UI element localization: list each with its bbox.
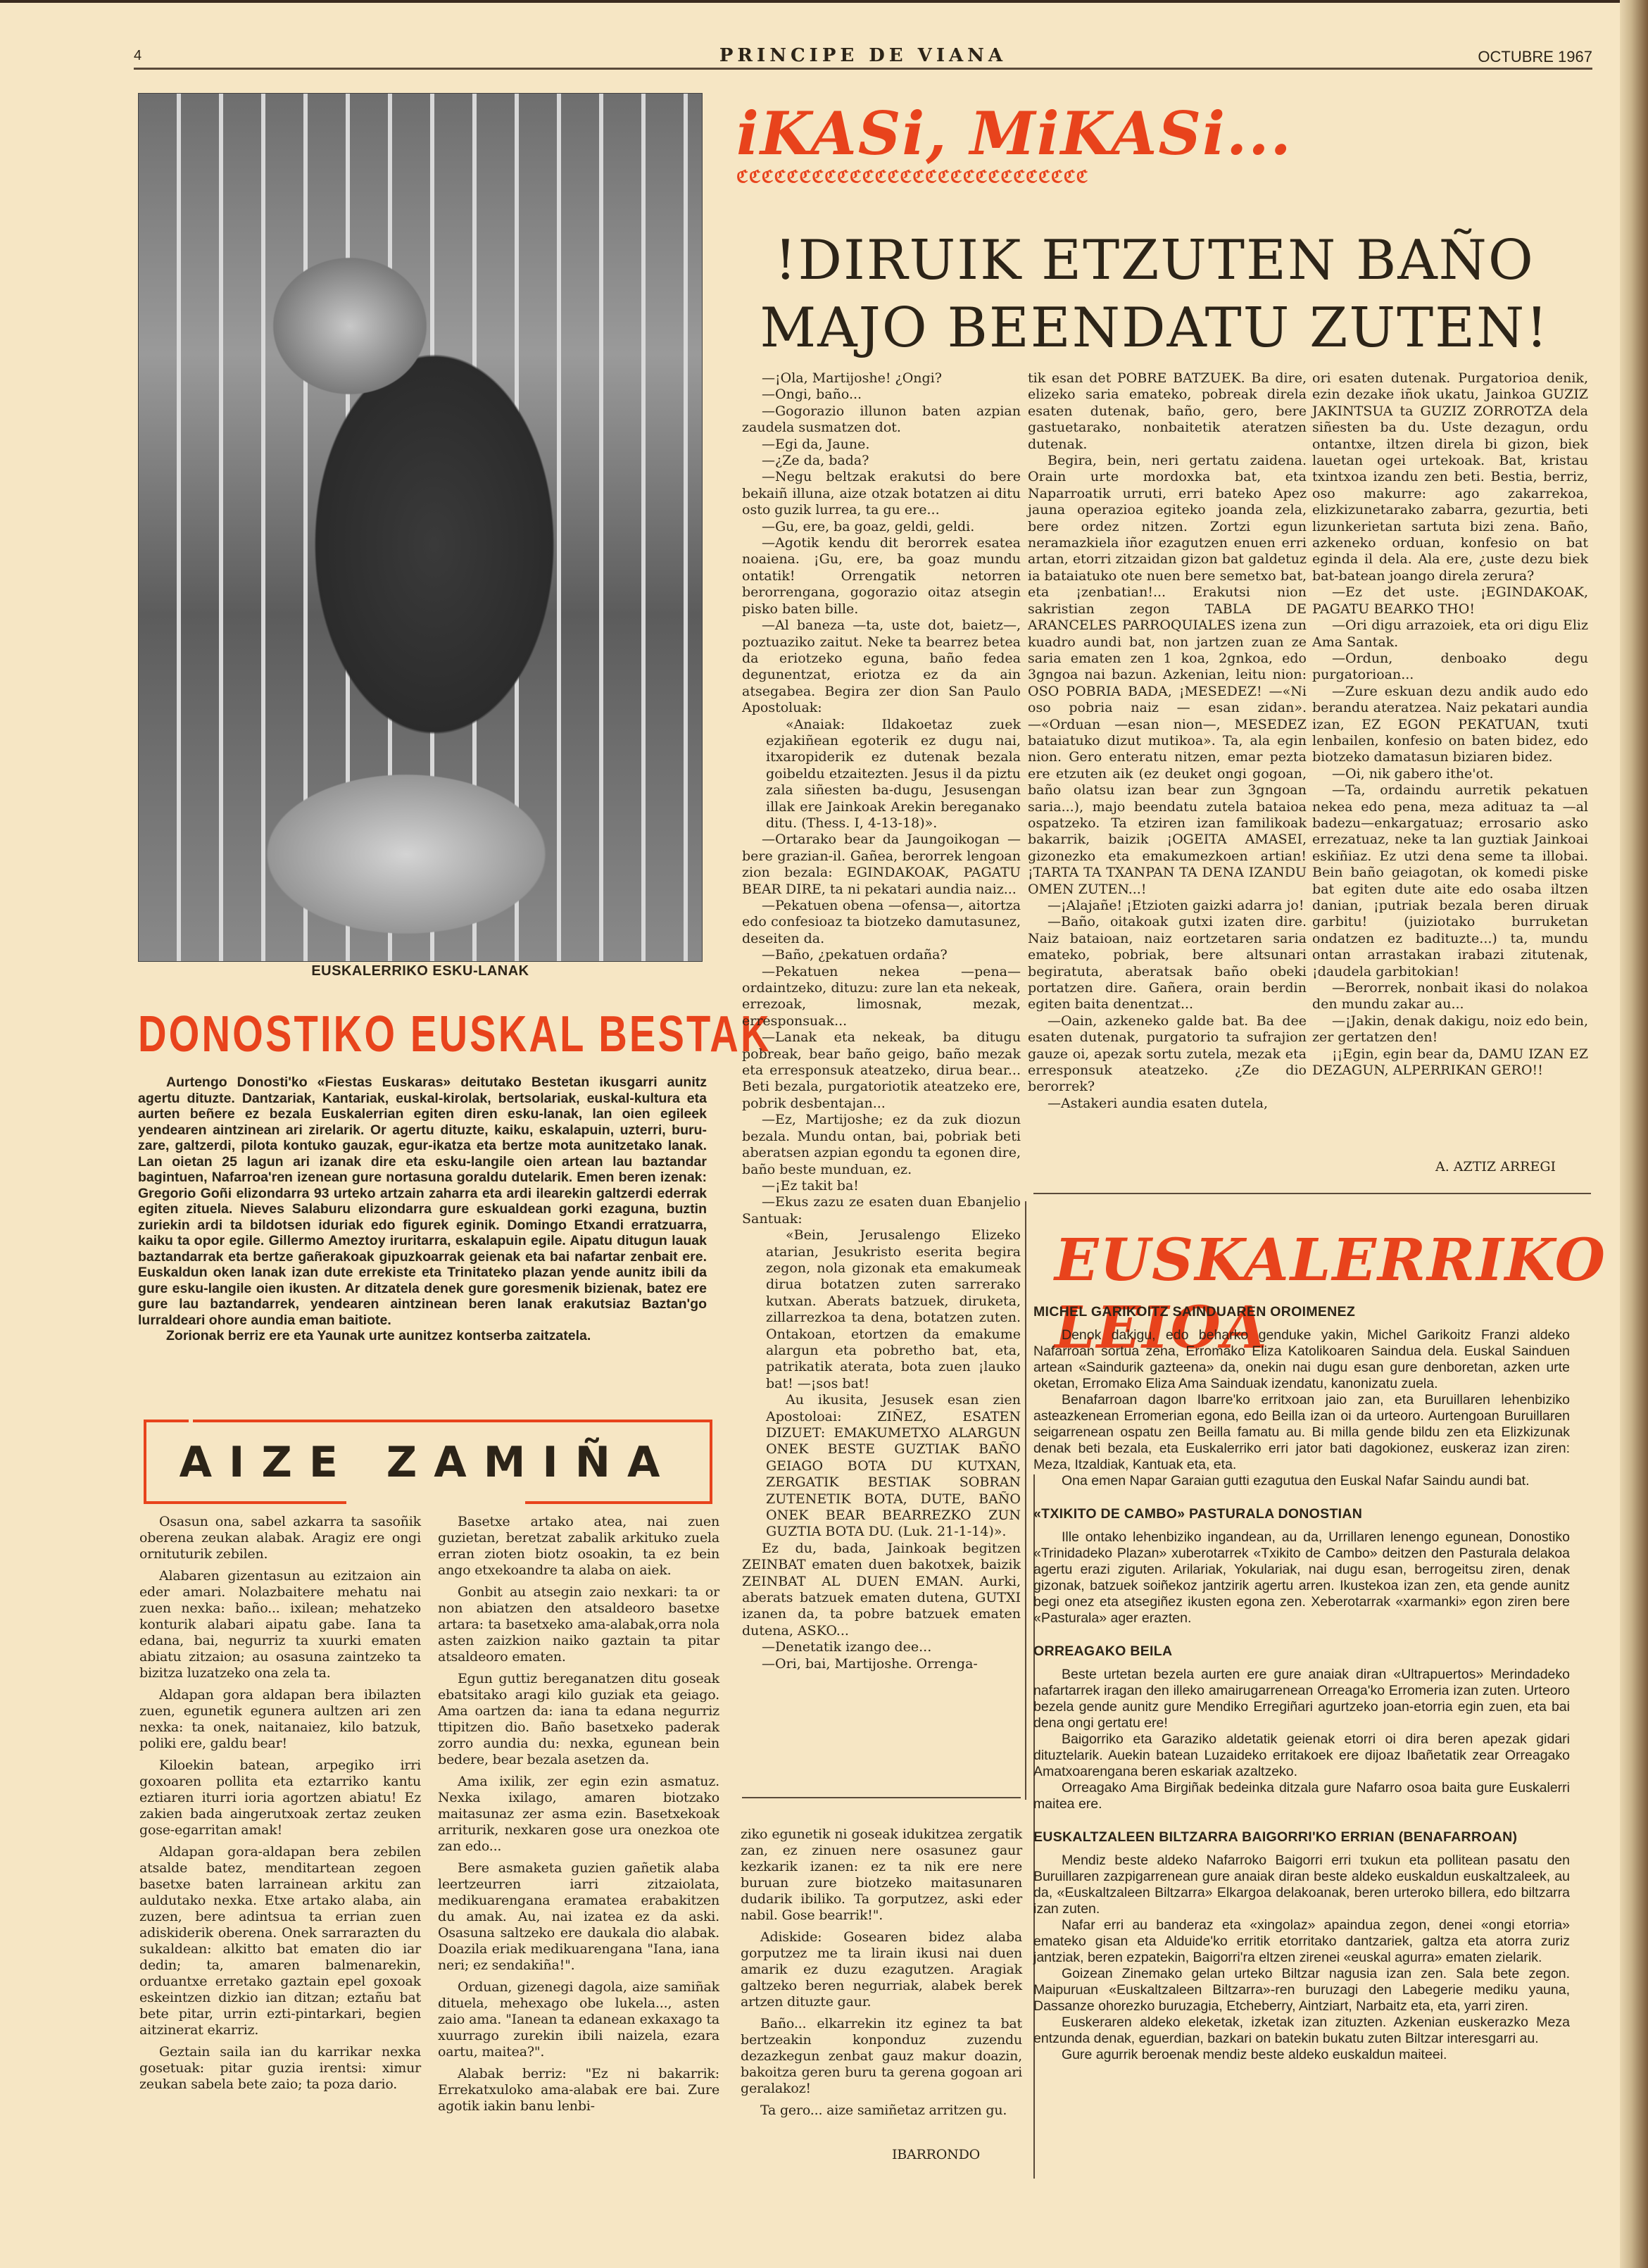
scan-top-edge	[0, 0, 1648, 3]
aize-paragraph: Alabaren gizentasun au ezitzaion ain ede…	[139, 1568, 421, 1681]
aize-paragraph: Aldapan gora-aldapan bera zebilen atsald…	[139, 1844, 421, 2038]
news-item-heading: MICHEL GARIKOITZ SAINDUAREN OROIMENEZ	[1033, 1304, 1570, 1320]
aize-paragraph: Alabak berriz: "Ez ni bakarrik: Errekatx…	[438, 2066, 719, 2114]
ikasi-mikasi-section-title: iKASi, MiKASi...	[736, 99, 1292, 168]
news-item-paragraph: Goizean Zinemako gelan urteko Biltzar na…	[1033, 1966, 1570, 2015]
dialogue-paragraph: —Ordun, denboako degu purgatorioan...	[1312, 651, 1588, 684]
dialogue-paragraph: tik esan det POBRE BATZUEK. Ba dire, eli…	[1028, 370, 1307, 453]
leioa-news-item: MICHEL GARIKOITZ SAINDUAREN OROIMENEZDen…	[1033, 1304, 1570, 1489]
dialogue-paragraph: —¡Jakin, denak dakigu, noiz edo bein, ze…	[1312, 1013, 1588, 1046]
dialogue-paragraph: —Ta, ordaindu aurretik pekatuen nekea ed…	[1312, 782, 1588, 980]
masthead: 4 PRINCIPE DE VIANA OCTUBRE 1967	[134, 42, 1592, 70]
news-item-heading: «TXIKITO DE CAMBO» PASTURALA DONOSTIAN	[1033, 1506, 1570, 1522]
ikasi-column-1: —¡Ola, Martijoshe! ¿Ongi?—Ongi, baño...—…	[742, 370, 1021, 1672]
news-item-paragraph: Orreagako Ama Birgiñak bedeinka ditzala …	[1033, 1780, 1570, 1812]
news-item-paragraph: Nafar erri au banderaz eta «xingolaz» ap…	[1033, 1917, 1570, 1966]
ikasi-signature: A. AZTIZ ARREGI	[1312, 1159, 1588, 1175]
aize-paragraph: Gonbit au atsegin zaio nexkari: ta or no…	[438, 1584, 719, 1665]
dialogue-paragraph: —Lanak eta nekeak, ba ditugu pobreak, be…	[742, 1029, 1021, 1112]
dialogue-paragraph: —Ongi, baño...	[742, 387, 1021, 403]
dialogue-paragraph: —Baño, ¿pekatuen ordaña?	[742, 947, 1021, 963]
dialogue-paragraph: Begira, bein, neri gertatu zaidena. Orai…	[1028, 453, 1307, 898]
donostiko-paragraph: Aurtengo Donosti'ko «Fiestas Euskaras» d…	[138, 1075, 707, 1328]
dialogue-paragraph: Au ikusita, Jesusek esan zien Apostoloai…	[742, 1392, 1021, 1541]
dialogue-paragraph: —Negu beltzak erakutsi do bere bekaiñ il…	[742, 469, 1021, 518]
leioa-news-item: ORREAGAKO BEILABeste urtetan bezela aurt…	[1033, 1643, 1570, 1812]
aize-column-1: Osasun ona, sabel azkarra ta sasoñik obe…	[139, 1514, 421, 2093]
dialogue-paragraph: —Oain, azkeneko galde bat. Ba dee esaten…	[1028, 1013, 1307, 1096]
aize-signature: IBARRONDO	[741, 2147, 1022, 2163]
dialogue-paragraph: —Gu, ere, ba goaz, geldi, geldi.	[742, 519, 1021, 535]
dialogue-paragraph: ¡¡Egin, egin bear da, DAMU IZAN EZ DEZAG…	[1312, 1046, 1588, 1079]
dialogue-paragraph: —Ez, Martijoshe; ez da zuk diozun bezala…	[742, 1112, 1021, 1178]
aize-paragraph: Adiskide: Gosearen bidez alaba gorputzez…	[741, 1929, 1022, 2010]
aize-paragraph: Basetxe artako atea, nai zuen guzietan, …	[438, 1514, 719, 1579]
news-item-paragraph: Beste urtetan bezela aurten ere gure ana…	[1033, 1667, 1570, 1731]
news-item-paragraph: Ille ontako lehenbiziko ingandean, au da…	[1033, 1529, 1570, 1627]
dialogue-paragraph: —Denetatik izango dee...	[742, 1639, 1021, 1655]
publication-title: PRINCIPE DE VIANA	[134, 45, 1592, 66]
dialogue-paragraph: —Ori digu arrazoiek, eta ori digu Eliz A…	[1312, 618, 1588, 651]
news-item-paragraph: Denok dakigu, edo beharko genduke yakin,…	[1033, 1327, 1570, 1392]
aize-paragraph: Ama ixilik, zer egin ezin asmatuz. Nexka…	[438, 1774, 719, 1855]
decorative-ornament-border: ℭℭℭℭℭℭℭℭℭℭℭℭℭℭℭℭℭℭℭℭℭℭℭℭℭℭℭℭ	[736, 166, 1271, 186]
news-item-paragraph: Euskeraren aldeko eleketak, izketak izan…	[1033, 2015, 1570, 2047]
aize-paragraph: Aldapan gora aldapan bera ibilazten zuen…	[139, 1687, 421, 1752]
masthead-rule	[134, 68, 1592, 70]
news-item-paragraph: Gure agurrik beroenak mendiz beste aldek…	[1033, 2047, 1570, 2063]
news-item-paragraph: Benafarroan dagon Ibarre'ko erritxoan ja…	[1033, 1392, 1570, 1473]
dialogue-paragraph: —¿Ze da, bada?	[742, 453, 1021, 469]
dialogue-paragraph: —¡Ez takit ba!	[742, 1178, 1021, 1194]
donostiko-headline: DONOSTIKO EUSKAL BESTAK	[138, 1005, 707, 1063]
dialogue-paragraph: —Gogorazio illunon baten azpian zaudela …	[742, 403, 1021, 437]
dialogue-paragraph: —¡Ola, Martijoshe! ¿Ongi?	[742, 370, 1021, 387]
dialogue-paragraph: —Astakeri aundia esaten dutela,	[1028, 1096, 1307, 1112]
leioa-articles: MICHEL GARIKOITZ SAINDUAREN OROIMENEZDen…	[1033, 1304, 1570, 2063]
dialogue-paragraph: ori esaten dutenak. Purgatorioa denik, e…	[1312, 370, 1588, 584]
dialogue-paragraph: —Berorrek, nonbait ikasi do nolakoa den …	[1312, 980, 1588, 1013]
donostiko-article: Aurtengo Donosti'ko «Fiestas Euskaras» d…	[138, 1075, 707, 1344]
dialogue-paragraph: —Baño, oitakoak gutxi izaten dire. Naiz …	[1028, 914, 1307, 1013]
aize-zamina-header-box: AIZE ZAMIÑA	[144, 1420, 712, 1504]
column-divider	[742, 1797, 1021, 1798]
news-item-paragraph: Ona emen Napar Garaian gutti ezagutua de…	[1033, 1473, 1570, 1489]
photo-craftsman	[138, 93, 703, 962]
news-item-paragraph: Baigorriko eta Garaziko aldetatik geiena…	[1033, 1731, 1570, 1780]
column-divider	[1025, 1201, 1026, 1800]
aize-column-2: Basetxe artako atea, nai zuen guzietan, …	[438, 1514, 719, 2114]
aize-paragraph: Egun guttiz bereganatzen ditu goseak eba…	[438, 1671, 719, 1768]
dialogue-paragraph: —¡Alajañe! ¡Etzioten gaizki adarra jo!	[1028, 898, 1307, 914]
aize-paragraph: Baño... elkarrekin itz eginez ta bat ber…	[741, 2016, 1022, 2097]
aize-paragraph: Osasun ona, sabel azkarra ta sasoñik obe…	[139, 1514, 421, 1562]
ikasi-column-2: tik esan det POBRE BATZUEK. Ba dire, eli…	[1028, 370, 1307, 1112]
binding-edge	[1620, 0, 1648, 2268]
photo-caption: EUSKALERRIKO ESKU-LANAK	[138, 963, 703, 979]
diruik-headline: !DIRUIK ETZUTEN BAÑO MAJO BEENDATU ZUTEN…	[739, 227, 1570, 362]
aize-zamina-headline: AIZE ZAMIÑA	[146, 1438, 710, 1487]
leioa-news-item: EUSKALTZALEEN BILTZARRA BAIGORRI'KO ERRI…	[1033, 1829, 1570, 2063]
dialogue-paragraph: —Ekus zazu ze esaten duan Ebanjelio Sant…	[742, 1194, 1021, 1227]
news-item-heading: ORREAGAKO BEILA	[1033, 1643, 1570, 1660]
aize-paragraph: Geztain saila ian du karrikar nexka gose…	[139, 2044, 421, 2093]
dialogue-paragraph: —Pekatuen obena —ofensa—, aitortza edo c…	[742, 898, 1021, 947]
dialogue-paragraph: —Ori, bai, Martijoshe. Orrenga-	[742, 1656, 1021, 1672]
dialogue-paragraph: —Pekatuen nekea —pena— ordaintzeko, ditu…	[742, 964, 1021, 1030]
news-item-paragraph: Mendiz beste aldeko Nafarroko Baigorri e…	[1033, 1853, 1570, 1917]
news-item-heading: EUSKALTZALEEN BILTZARRA BAIGORRI'KO ERRI…	[1033, 1829, 1570, 1846]
aize-paragraph: Ta gero... aize samiñetaz arritzen gu.	[741, 2103, 1022, 2119]
issue-date: OCTUBRE 1967	[1478, 48, 1592, 66]
dialogue-paragraph: —Oi, nik gabero ithe'ot.	[1312, 766, 1588, 782]
ikasi-signature-block: A. AZTIZ ARREGI	[1312, 1149, 1588, 1175]
aize-paragraph: Orduan, gizenegi dagola, aize samiñak di…	[438, 1979, 719, 2060]
ikasi-column-3: ori esaten dutenak. Purgatorioa denik, e…	[1312, 370, 1588, 1079]
dialogue-paragraph: —Egi da, Jaune.	[742, 437, 1021, 453]
dialogue-paragraph: —Ortarako bear da Jaungoikogan — bere gr…	[742, 832, 1021, 898]
dialogue-paragraph: —Al baneza —ta, uste dot, baietz—, poztu…	[742, 618, 1021, 716]
donostiko-paragraph: Zorionak berriz ere eta Yaunak urte auni…	[138, 1328, 707, 1344]
dialogue-paragraph: «Bein, Jerusalengo Elizeko atarian, Jesu…	[742, 1227, 1021, 1392]
aize-column-3: ziko egunetik ni goseak idukitzea zergat…	[741, 1827, 1022, 2163]
dialogue-paragraph: —Ez det uste. ¡EGINDAKOAK, PAGATU BEARKO…	[1312, 584, 1588, 618]
dialogue-paragraph: —Zure eskuan dezu andik audo edo berandu…	[1312, 684, 1588, 766]
dialogue-paragraph: «Anaiak: Ildakoetaz zuek ezjakiñean egot…	[742, 717, 1021, 832]
aize-paragraph: Kiloekin batean, arpegiko irri goxoaren …	[139, 1758, 421, 1838]
section-divider	[1033, 1193, 1591, 1194]
dialogue-paragraph: —Agotik kendu dit berorrek esatea noaien…	[742, 535, 1021, 618]
aize-paragraph: Bere asmaketa guzien gañetik alaba leert…	[438, 1860, 719, 1974]
aize-paragraph: ziko egunetik ni goseak idukitzea zergat…	[741, 1827, 1022, 1924]
leioa-news-item: «TXIKITO DE CAMBO» PASTURALA DONOSTIANIl…	[1033, 1506, 1570, 1627]
dialogue-paragraph: Ez du, bada, Jainkoak begitzen ZEINBAT e…	[742, 1541, 1021, 1639]
